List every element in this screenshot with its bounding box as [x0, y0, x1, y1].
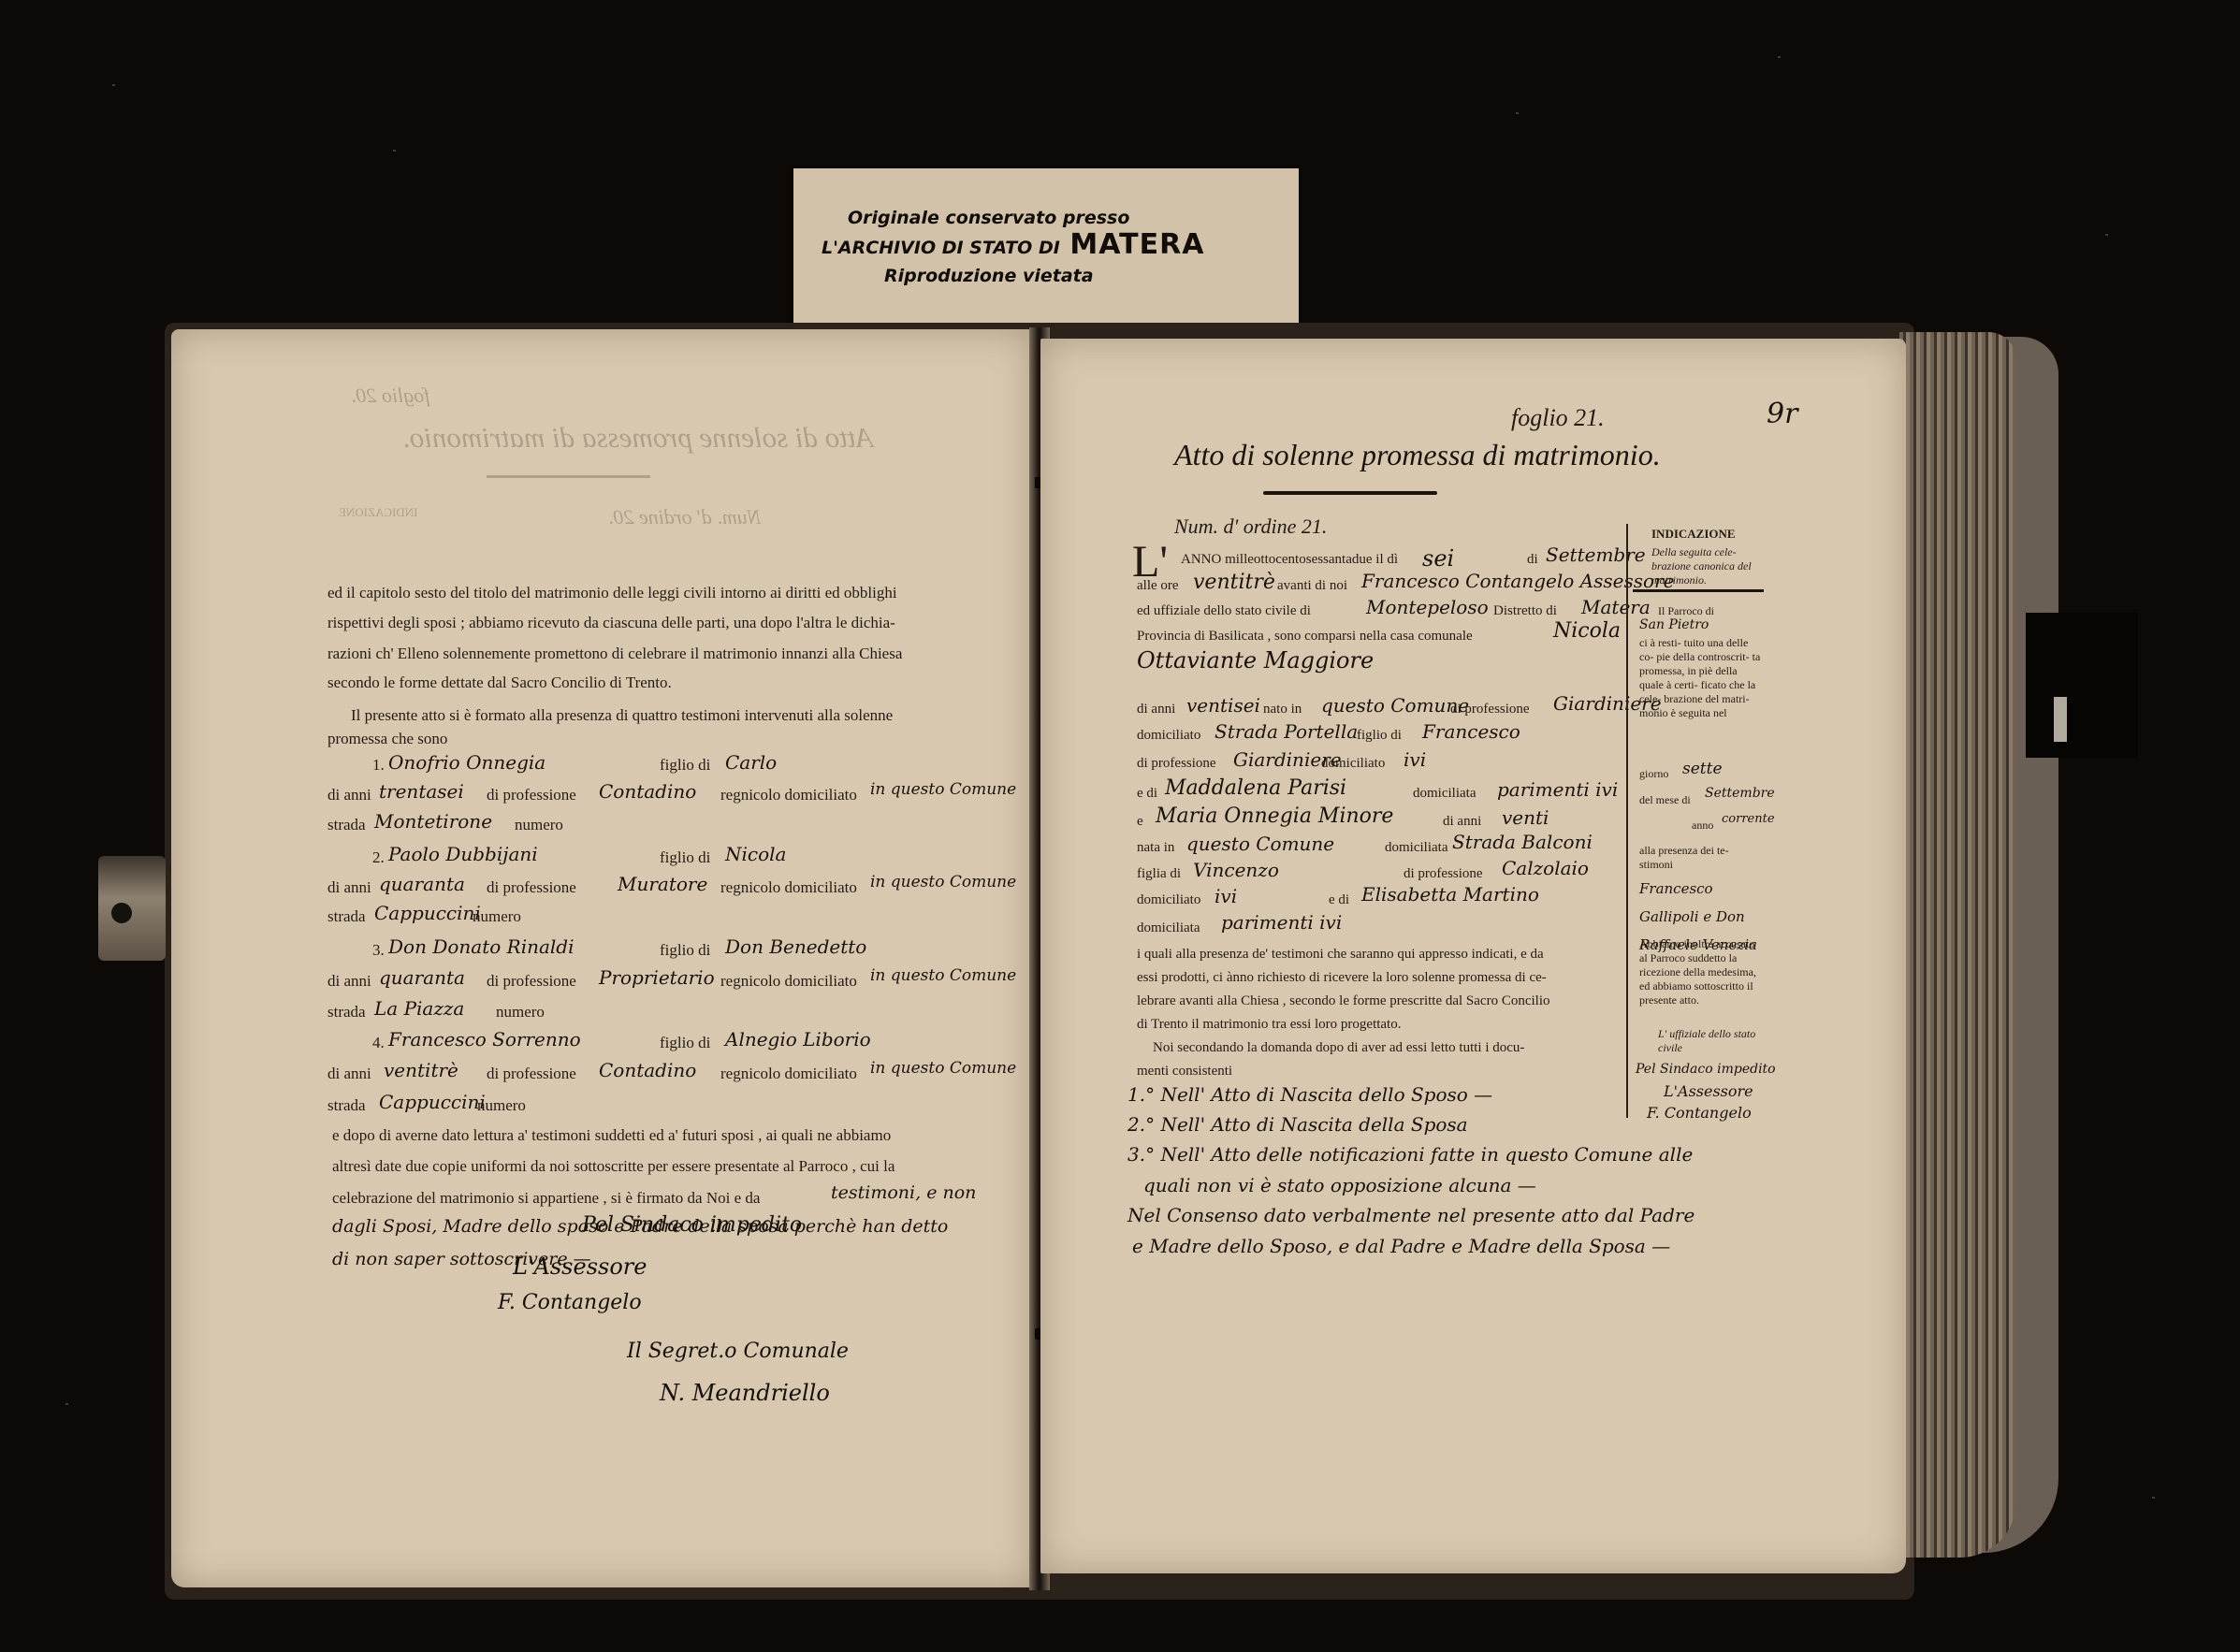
body-line2-print-a: alle ore: [1137, 578, 1179, 594]
witness-3-street: La Piazza: [374, 997, 464, 1020]
bride-birthplace: questo Comune: [1186, 833, 1334, 855]
witness-2-profession: Muratore: [618, 873, 707, 895]
abbiamo-text: Abbiamo inoltre accusato al Parroco sudd…: [1639, 937, 1761, 1007]
parroco-label: Il Parroco di: [1658, 604, 1714, 618]
groom-domicile-label: domiciliato: [1137, 728, 1200, 744]
witness-4-age: ventitrè: [384, 1059, 458, 1081]
background-speck: [1516, 112, 1519, 114]
right-page-title: Atto di solenne promessa di matrimonio.: [1174, 438, 1661, 472]
witness-4-street: Cappuccini: [379, 1091, 486, 1113]
witness-3-strada-label: strada: [327, 1003, 366, 1022]
celebration-month: Settembre: [1705, 786, 1775, 801]
official-label: L' uffiziale dello stato civile: [1658, 1027, 1761, 1055]
left-para1-line2: rispettivi degli sposi ; abbiamo ricevut…: [327, 614, 895, 632]
left-para1-line4: secondo le forme dettate dal Sacro Conci…: [327, 674, 672, 692]
bride-father-domicile-label: domiciliato: [1137, 892, 1200, 908]
witness-1-strada-label: strada: [327, 816, 366, 834]
bride-age: venti: [1502, 806, 1549, 829]
background-speck: [65, 1403, 68, 1405]
witness-2-age: quaranta: [379, 873, 465, 895]
document-item-3: 3.° Nell' Atto delle notificazioni fatte…: [1127, 1143, 1693, 1166]
witness-3-figlio-label: figlio di: [660, 941, 710, 960]
indicazione-heading: INDICAZIONE: [1651, 527, 1736, 541]
bride-name: Maria Onnegia Minore: [1156, 804, 1393, 828]
witness-4-regnicolo-label: regnicolo domiciliato: [720, 1065, 857, 1083]
groom-surname: Ottaviante Maggiore: [1137, 647, 1374, 674]
bleed-through-folio: foglio 20.: [351, 384, 429, 408]
groom-birthplace: questo Comune: [1321, 694, 1469, 717]
right-printed-line3: lebrare avanti alla Chiesa , secondo le …: [1137, 993, 1550, 1009]
groom-mother-domicile-label: domiciliata: [1413, 786, 1476, 802]
witness-1-prof-label: di professione: [487, 786, 576, 804]
witness-2-figlio-label: figlio di: [660, 848, 710, 867]
left-para2-line1: Il presente atto si è formato alla prese…: [351, 706, 893, 725]
marriage-hour: ventitrè: [1193, 571, 1275, 594]
left-para3-line3: celebrazione del matrimonio si appartien…: [332, 1189, 760, 1208]
sidebar-signature-line: Pel Sindaco impedito: [1636, 1062, 1776, 1077]
witness-3-age-label: di anni: [327, 972, 371, 991]
witness-4-age-label: di anni: [327, 1065, 371, 1083]
witness-3-prof-label: di professione: [487, 972, 576, 991]
document-item-2: 2.° Nell' Atto di Nascita della Sposa: [1127, 1113, 1468, 1136]
body-line3-print-b: Distretto di: [1493, 603, 1557, 619]
background-speck: [112, 84, 115, 86]
bride-domicile: Strada Balconi: [1452, 831, 1593, 853]
parroco-text: ci à resti- tuito una delle co- pie dell…: [1639, 636, 1761, 720]
right-printed-line2: essi prodotti, ci ànno richiesto di rice…: [1137, 970, 1547, 986]
right-order-number: Num. d' ordine 21.: [1174, 514, 1327, 539]
witness-4-domicile: in questo Comune: [870, 1059, 1016, 1078]
witness-3-number: 3.: [372, 941, 385, 960]
witness-3-profession: Proprietario: [599, 966, 715, 989]
witness-1-domicile: in questo Comune: [870, 780, 1016, 799]
witness-3-domicile: in questo Comune: [870, 966, 1016, 985]
witness-4-strada-label: strada: [327, 1096, 366, 1115]
left-page: [171, 329, 1032, 1587]
witness-1-age-label: di anni: [327, 786, 371, 804]
witness-4-number: 4.: [372, 1034, 385, 1052]
document-item-3-cont: quali non vi è stato opposizione alcuna …: [1143, 1174, 1536, 1196]
bride-domicile-label: domiciliata: [1385, 840, 1447, 856]
clasp-hole: [111, 903, 132, 923]
witness-4-numero-label: numero: [477, 1096, 526, 1115]
background-speck: [2152, 1497, 2155, 1499]
sidebar-signature-name: F. Contangelo: [1647, 1104, 1752, 1122]
bride-father-domicile: ivi: [1215, 885, 1237, 907]
witness-2-domicile: in questo Comune: [870, 873, 1016, 891]
background-speck: [1778, 56, 1781, 58]
witness-4-father: Alnegio Liborio: [725, 1028, 871, 1051]
witness-2-street: Cappuccini: [374, 902, 481, 924]
witness-1-name: Onofrio Onnegia: [388, 751, 545, 774]
witness-2-prof-label: di professione: [487, 878, 576, 897]
witness-1-father: Carlo: [725, 751, 777, 774]
bride-father-profession: Calzolaio: [1502, 857, 1589, 879]
parish-name: San Pietro: [1639, 617, 1709, 632]
witness-2-number: 2.: [372, 848, 385, 867]
witness-1-profession: Contadino: [599, 780, 696, 803]
bleed-through-rule: [487, 475, 650, 478]
anno-label: anno: [1692, 819, 1713, 833]
right-folio-mark: 9r: [1767, 398, 1797, 430]
bride-conjunction: e: [1137, 814, 1143, 830]
left-para1-line1: ed il capitolo sesto del titolo del matr…: [327, 584, 897, 602]
left-para3-line2: altresì date due copie uniformi da noi s…: [332, 1157, 895, 1176]
mayor-signature-line: Pel Sindaco impedito: [582, 1213, 802, 1237]
witness-1-numero-label: numero: [515, 816, 563, 834]
groom-father-label: figlio di: [1357, 728, 1402, 744]
right-folio-number: foglio 21.: [1511, 404, 1605, 432]
left-para3-line1: e dopo di averne dato lettura a' testimo…: [332, 1126, 891, 1145]
indicazione-subheading: Della seguita cele- brazione canonica de…: [1651, 545, 1764, 587]
right-printed-line6: menti consistenti: [1137, 1064, 1232, 1080]
witness-1-number: 1.: [372, 756, 385, 775]
body-line3-print-a: ed uffiziale dello stato civile di: [1137, 603, 1311, 619]
archive-label-line3: Riproduzione vietata: [884, 266, 1094, 286]
right-printed-line5: Noi secondando la domanda dopo di aver a…: [1153, 1040, 1524, 1056]
witness-2-regnicolo-label: regnicolo domiciliato: [720, 878, 857, 897]
page-stack-edge: [1899, 332, 2016, 1558]
bride-father: Vincenzo: [1193, 859, 1279, 881]
witness-3-regnicolo-label: regnicolo domiciliato: [720, 972, 857, 991]
groom-father-domicile: ivi: [1404, 748, 1426, 771]
assessor-signature: L'Assessore: [513, 1253, 647, 1280]
sidebar-signature-assessor: L'Assessore: [1664, 1082, 1753, 1100]
body-line4-print: Provincia di Basilicata , sono comparsi …: [1137, 629, 1473, 645]
groom-mother-domicile: parimenti ivi: [1497, 778, 1618, 801]
bride-mother-domicile: parimenti ivi: [1221, 911, 1342, 934]
marriage-day: sei: [1422, 545, 1454, 572]
groom-born-label: nato in: [1263, 702, 1302, 717]
groom-age-label: di anni: [1137, 702, 1175, 717]
witness-1-street: Montetirone: [374, 810, 492, 833]
celebration-day: sette: [1682, 760, 1723, 778]
groom-first-name: Nicola: [1553, 619, 1621, 643]
groom-prof-label: di professione: [1450, 702, 1530, 717]
town-name: Montepeloso: [1366, 596, 1489, 618]
archive-label-line2: L'ARCHIVIO DI STATO DI MATERA: [822, 228, 1204, 261]
background-speck: [393, 150, 396, 152]
witness-2-father: Nicola: [725, 843, 786, 865]
groom-age: ventisei: [1186, 694, 1260, 717]
witness-2-age-label: di anni: [327, 878, 371, 897]
bride-father-label: figlia di: [1137, 866, 1181, 882]
secretary-name-signature: N. Meandriello: [660, 1380, 830, 1406]
mese-label: del mese di: [1639, 793, 1691, 807]
groom-domicile: Strada Portella: [1215, 720, 1358, 743]
right-printed-line1: i quali alla presenza de' testimoni che …: [1137, 947, 1544, 963]
bride-father-prof-label: di professione: [1404, 866, 1483, 882]
right-clasp-highlight: [2054, 697, 2067, 742]
witness-2-strada-label: strada: [327, 907, 366, 926]
bride-age-label: di anni: [1443, 814, 1481, 830]
bleed-through-sidebar-heading: INDICAZIONE: [339, 505, 417, 520]
groom-mother: Maddalena Parisi: [1165, 776, 1346, 800]
bleed-through-order: Num. d' ordine 20.: [608, 505, 761, 529]
archive-label-line1: Originale conservato presso: [848, 208, 1129, 228]
left-para3-hw-line1: testimoni, e non: [831, 1182, 976, 1203]
right-clasp: [2026, 613, 2138, 758]
left-para2-line2: promessa che sono: [327, 730, 447, 748]
background-speck: [2105, 234, 2108, 236]
groom-father-domicile-label: domiciliato: [1321, 756, 1385, 772]
witness-4-name: Francesco Sorrenno: [388, 1028, 581, 1051]
body-line1-print-a: ANNO milleottocentosessantadue il dì: [1181, 552, 1398, 568]
witness-3-numero-label: numero: [496, 1003, 545, 1022]
bride-mother-label: e di: [1329, 892, 1349, 908]
left-clasp: [98, 856, 166, 961]
indicazione-rule: [1633, 589, 1764, 592]
assessor-name-signature: F. Contangelo: [498, 1291, 642, 1314]
witness-3-name: Don Donato Rinaldi: [388, 935, 575, 958]
witness-1-regnicolo-label: regnicolo domiciliato: [720, 786, 857, 804]
archive-label-city: MATERA: [1069, 228, 1204, 261]
witness-3-age: quaranta: [379, 966, 465, 989]
archive-label-prefix: L'ARCHIVIO DI STATO DI: [822, 238, 1060, 258]
body-line2-print-b: avanti di noi: [1277, 578, 1347, 594]
witness-2-name: Paolo Dubbijani: [388, 843, 538, 865]
celebration-year: corrente: [1722, 812, 1775, 826]
left-para1-line3: razioni ch' Elleno solennemente prometto…: [327, 645, 902, 663]
document-item-consent-cont: e Madre dello Sposo, e dal Padre e Madre…: [1132, 1235, 1670, 1257]
right-printed-line4: di Trento il matrimonio tra essi loro pr…: [1137, 1017, 1401, 1033]
witness-1-age: trentasei: [379, 780, 464, 803]
bride-born-label: nata in: [1137, 840, 1174, 856]
groom-mother-label: e di: [1137, 786, 1157, 802]
bride-mother-domicile-label: domiciliata: [1137, 920, 1200, 936]
witness-1-figlio-label: figlio di: [660, 756, 710, 775]
document-item-consent: Nel Consenso dato verbalmente nel presen…: [1127, 1204, 1695, 1226]
witness-3-father: Don Benedetto: [725, 935, 866, 958]
giorno-label: giorno: [1639, 767, 1668, 781]
bleed-through-title: Atto di solenne promessa di matrimonio.: [402, 421, 873, 455]
groom-father: Francesco: [1422, 720, 1520, 743]
witness-4-prof-label: di professione: [487, 1065, 576, 1083]
body-line1-print-b: di: [1527, 552, 1538, 568]
witness-4-figlio-label: figlio di: [660, 1034, 710, 1052]
groom-father-prof-label: di professione: [1137, 756, 1216, 772]
secretary-signature-line: Il Segret.o Comunale: [627, 1340, 849, 1363]
witness-2-numero-label: numero: [473, 907, 521, 926]
archive-label-card: Originale conservato presso L'ARCHIVIO D…: [793, 168, 1299, 323]
witness-4-profession: Contadino: [599, 1059, 696, 1081]
document-item-1: 1.° Nell' Atto di Nascita dello Sposo —: [1127, 1083, 1492, 1106]
title-ornament-rule: [1263, 491, 1437, 495]
bride-mother: Elisabetta Martino: [1361, 883, 1539, 906]
presenza-text: alla presenza dei te- stimoni: [1639, 844, 1761, 872]
